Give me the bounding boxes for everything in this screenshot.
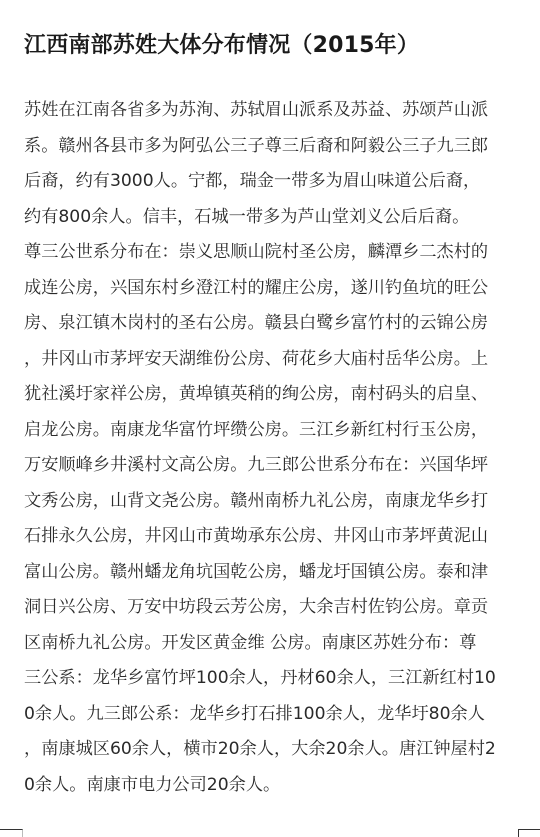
body-line: 三公系：龙华乡富竹坪100余人，丹材60余人，三江新红村10 <box>24 661 520 697</box>
body-line: 房、泉江镇木岗村的圣右公房。赣县白鹭乡富竹村的云锦公房 <box>24 306 520 342</box>
body-line: 成连公房，兴国东村乡澄江村的耀庄公房，遂川钓鱼坑的旺公 <box>24 271 520 307</box>
body-line: 0余人。九三郎公系：龙华乡打石排100余人，龙华圩80余人 <box>24 697 520 733</box>
body-line: 系。赣州各县市多为阿弘公三子尊三后裔和阿毅公三子九三郎 <box>24 129 520 165</box>
body-line: ，南康城区60余人，横市20余人，大余20余人。唐江钟屋村2 <box>24 732 520 768</box>
frame-corner-right <box>518 829 540 837</box>
body-line: ，井冈山市茅坪安天湖维份公房、荷花乡大庙村岳华公房。上 <box>24 342 520 378</box>
frame-corner-left <box>0 829 23 837</box>
body-line: 0余人。南康市电力公司20余人。 <box>24 768 520 804</box>
body-line: 石排永久公房，井冈山市黄坳承东公房、井冈山市茅坪黄泥山 <box>24 519 520 555</box>
body-line: 犹社溪圩家祥公房，黄埠镇英稍的绚公房，南村码头的启皇、 <box>24 377 520 413</box>
body-line: 启龙公房。南康龙华富竹坪缵公房。三江乡新红村行玉公房， <box>24 413 520 449</box>
body-line: 苏姓在江南各省多为苏洵、苏轼眉山派系及苏益、苏颂芦山派 <box>24 93 520 129</box>
body-line: 洞日兴公房、万安中坊段云芳公房，大余吉村佐钧公房。章贡 <box>24 590 520 626</box>
body-line: 富山公房。赣州蟠龙角坑国乾公房，蟠龙圩国镇公房。泰和津 <box>24 555 520 591</box>
body-line: 尊三公世系分布在：崇义思顺山院村圣公房，麟潭乡二杰村的 <box>24 235 520 271</box>
body-line: 万安顺峰乡井溪村文高公房。九三郎公世系分布在：兴国华坪 <box>24 448 520 484</box>
article-body: 苏姓在江南各省多为苏洵、苏轼眉山派系及苏益、苏颂芦山派 系。赣州各县市多为阿弘公… <box>24 93 520 803</box>
article-title: 江西南部苏姓大体分布情况（2015年） <box>24 30 419 62</box>
body-line: 区南桥九礼公房。开发区黄金维 公房。南康区苏姓分布：尊 <box>24 626 520 662</box>
body-line: 后裔，约有3000人。宁都，瑞金一带多为眉山味道公后裔， <box>24 164 520 200</box>
body-line: 文秀公房，山背文尧公房。赣州南桥九礼公房，南康龙华乡打 <box>24 484 520 520</box>
body-line: 约有800余人。信丰，石城一带多为芦山堂刘义公后后裔。 <box>24 200 520 236</box>
